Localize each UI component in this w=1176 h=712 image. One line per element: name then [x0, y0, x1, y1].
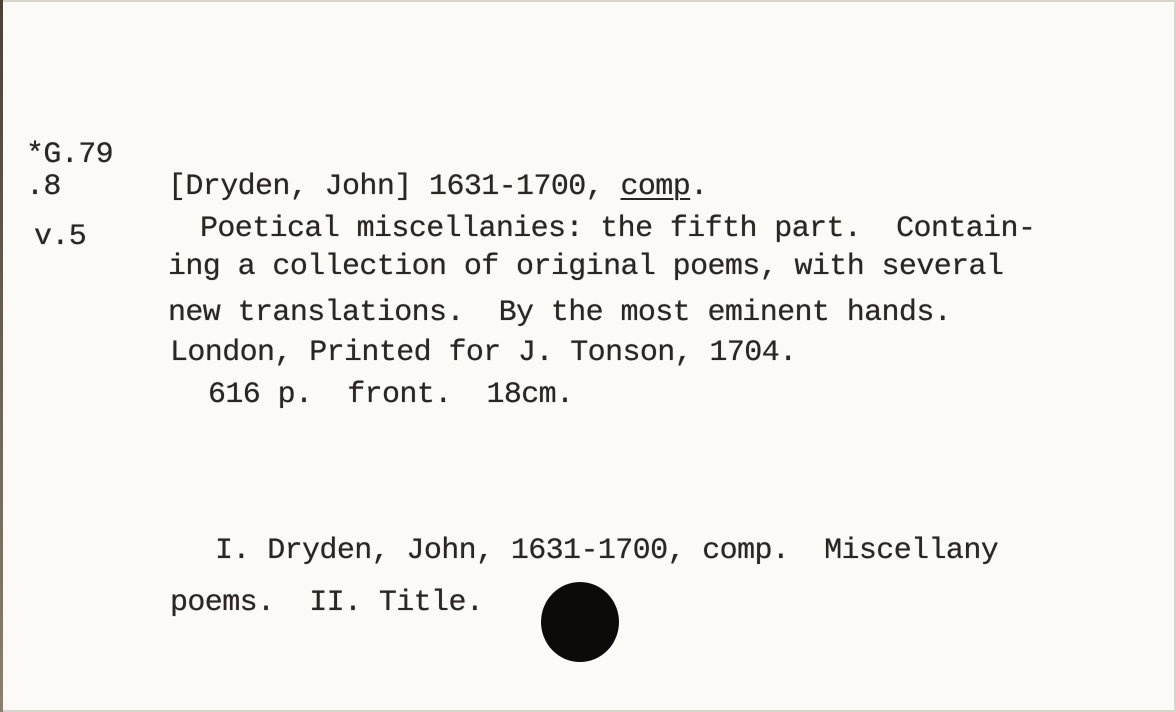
relator-term: comp [620, 170, 690, 204]
call-number-line-2: .8 [26, 170, 61, 204]
collation-line: 616 p. front. 18cm. [208, 378, 573, 412]
call-number-line-1: *G.79 [26, 138, 113, 172]
title-line-2: ing a collection of original poems, with… [168, 250, 1003, 284]
author-heading: [Dryden, John] 1631-1700, [168, 170, 620, 204]
title-line-3: new translations. By the most eminent ha… [168, 296, 951, 330]
tracing-line-2: poems. II. Title. [170, 586, 483, 620]
heading-period: . [690, 170, 707, 204]
call-number-line-3: v.5 [34, 220, 86, 254]
catalog-card: *G.79 .8 v.5 [Dryden, John] 1631-1700, c… [0, 0, 1176, 712]
title-line-1: Poetical miscellanies: the fifth part. C… [200, 212, 1035, 246]
punch-hole [541, 582, 619, 662]
tracing-line-1: I. Dryden, John, 1631-1700, comp. Miscel… [215, 534, 998, 568]
main-entry-heading: [Dryden, John] 1631-1700, comp. [168, 170, 708, 204]
imprint-line: London, Printed for J. Tonson, 1704. [170, 336, 797, 370]
